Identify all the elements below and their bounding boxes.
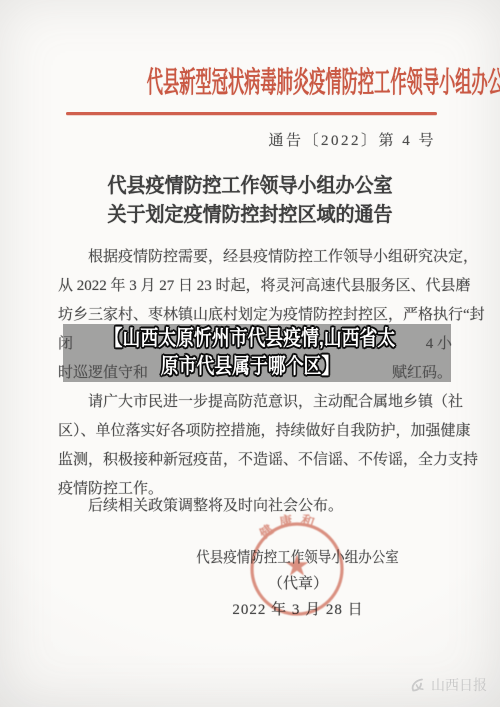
notice-title: 代县疫情防控工作领导小组办公室 关于划定疫情防控封控区域的通告: [0, 172, 500, 230]
seal-star-icon: [286, 554, 309, 576]
shanxi-daily-logo-icon: [408, 676, 426, 694]
caption-overlay-text: 【山西太原忻州市代县疫情,山西省太 原市代县属于哪个区】: [0, 325, 500, 381]
notice-body: 根据疫情防控需要，经县疫情防控工作领导小组研究决定， 从 2022 年 3 月 …: [58, 243, 452, 521]
notice-title-line1: 代县疫情防控工作领导小组办公室: [0, 172, 500, 201]
body-line: 监测，积极接种新冠疫苗，不造谣、不信谣、不传谣，全力支持: [58, 446, 452, 475]
notice-title-line2: 关于划定疫情防控封控区域的通告: [0, 201, 500, 230]
shanxi-daily-watermark: 山西日报: [408, 675, 487, 695]
letterhead-rule: [66, 112, 437, 115]
caption-line2: 原市代县属于哪个区】: [0, 353, 500, 381]
watermark-label: 山西日报: [431, 675, 487, 695]
doc-number: 通告〔2022〕第 4 号: [268, 129, 436, 150]
body-line: 请广大市民进一步提高防范意识，主动配合属地乡镇（社: [58, 388, 452, 417]
document-photo: 代县新型冠状病毒肺炎疫情防控工作领导小组办公室 通告〔2022〕第 4 号 代县…: [0, 0, 500, 707]
letterhead: 代县新型冠状病毒肺炎疫情防控工作领导小组办公室: [0, 64, 500, 107]
body-line: 从 2022 年 3 月 27 日 23 时起，将灵河高速代县服务区、代县磨: [58, 272, 452, 301]
letterhead-org: 代县新型冠状病毒肺炎疫情防控工作领导小组办公室: [147, 64, 500, 102]
body-line: 区）、单位落实好各项防控措施，持续做好自我防护，加强健康: [58, 417, 452, 446]
caption-line1: 【山西太原忻州市代县疫情,山西省太: [0, 325, 500, 353]
seal-arc-text: 健康和: [256, 514, 323, 542]
body-line: 根据疫情防控需要，经县疫情防控工作领导小组研究决定，: [58, 243, 452, 272]
official-seal: 健康和: [244, 514, 350, 620]
